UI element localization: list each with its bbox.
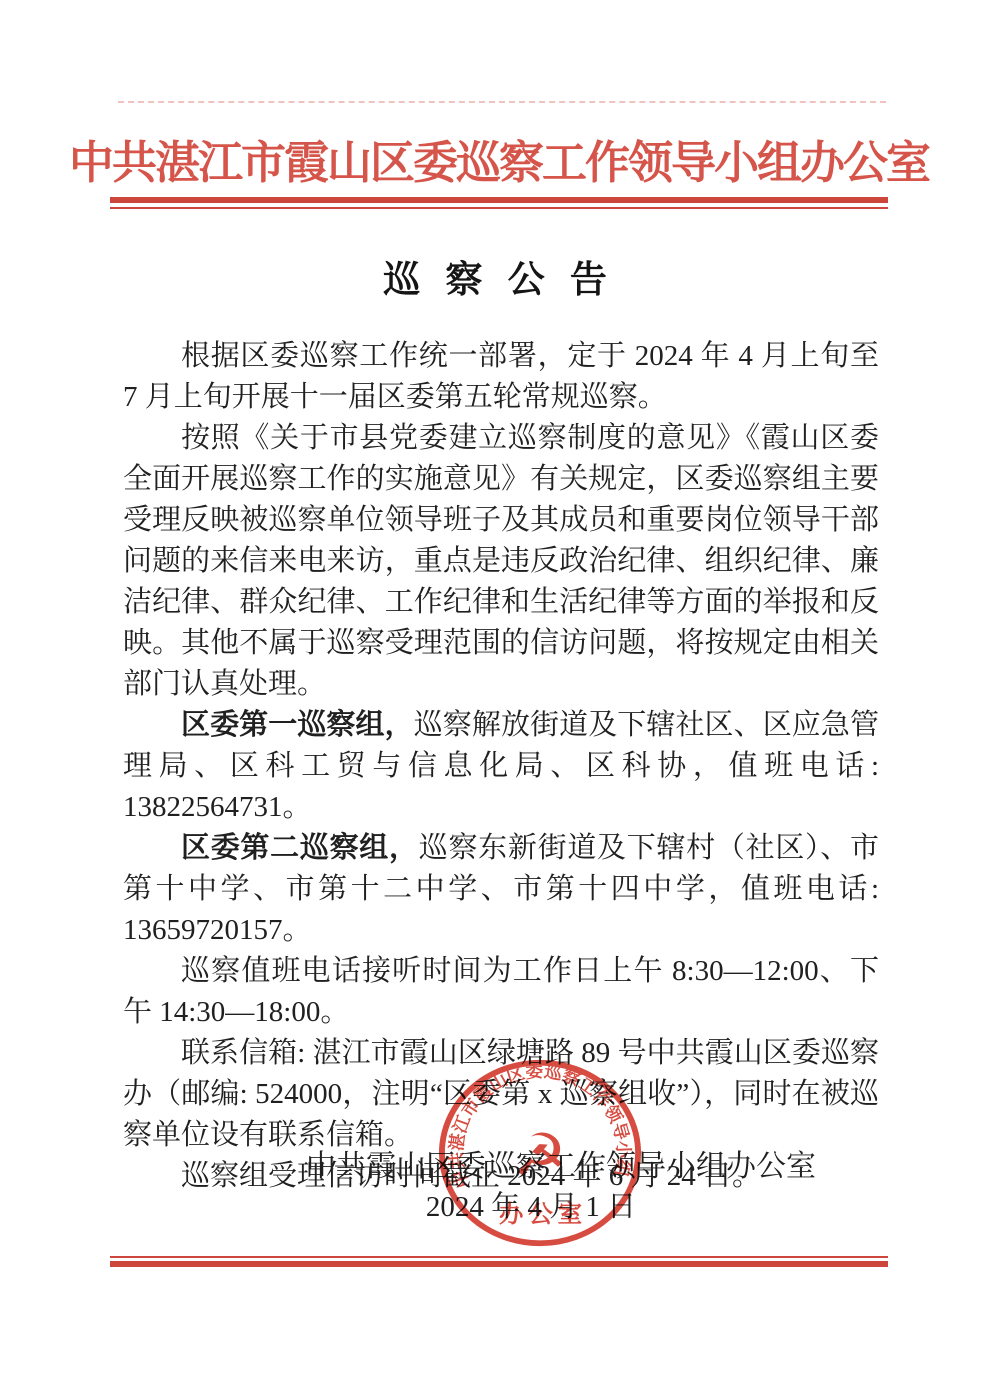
- footer-rule-thick: [110, 1261, 888, 1267]
- body-paragraph: 区委第一巡察组，巡察解放街道及下辖社区、区应急管理局、区科工贸与信息化局、区科协…: [123, 705, 879, 828]
- official-seal: 中共湛江市霞山区委巡察工作领导小组 ☭ 办公室: [437, 1057, 643, 1249]
- header-rule-thin: [110, 207, 888, 209]
- seal-graphic: 中共湛江市霞山区委巡察工作领导小组 ☭ 办公室: [437, 1057, 643, 1249]
- body-paragraph: 巡察值班电话接听时间为工作日上午 8:30—12:00、下午 14:30—18:…: [123, 951, 879, 1033]
- header-rule-thick: [110, 197, 888, 203]
- body-paragraph: 根据区委巡察工作统一部署，定于 2024 年 4 月上旬至 7 月上旬开展十一届…: [123, 336, 879, 418]
- body-paragraph: 区委第二巡察组，巡察东新街道及下辖村（社区）、市第十中学、市第十二中学、市第十四…: [123, 828, 879, 951]
- hammer-sickle-icon: ☭: [513, 1122, 568, 1191]
- footer-rule-thin: [110, 1256, 888, 1258]
- paragraph-lead-bold: 区委第一巡察组，: [181, 709, 414, 741]
- scan-artifact-dotted-line: [118, 101, 886, 103]
- body-paragraph: 按照《关于市县党委建立巡察制度的意见》《霞山区委全面开展巡察工作的实施意见》有关…: [123, 418, 879, 705]
- seal-bottom-text: 办公室: [499, 1201, 587, 1228]
- document-page: 中共湛江市霞山区委巡察工作领导小组办公室 巡 察 公 告 根据区委巡察工作统一部…: [0, 0, 998, 1395]
- document-title: 巡 察 公 告: [0, 249, 998, 303]
- letterhead-title: 中共湛江市霞山区委巡察工作领导小组办公室: [0, 126, 998, 191]
- paragraph-lead-bold: 区委第二巡察组，: [181, 832, 419, 864]
